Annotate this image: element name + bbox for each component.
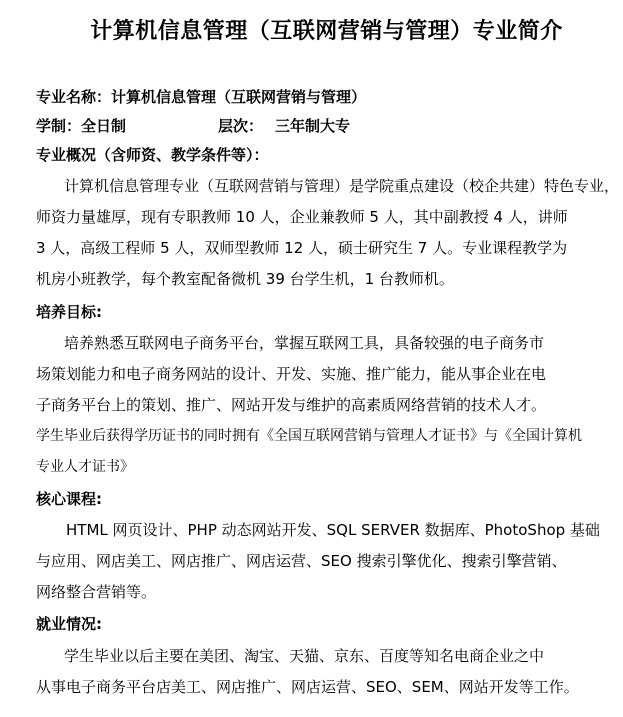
overview-line: 3 人，高级工程师 5 人，双师型教师 12 人，硕士研究生 7 人。专业课程教… (36, 233, 596, 264)
goal-line: 学生毕业后获得学历证书的同时拥有《全国互联网营销与管理人才证书》与《全国计算机 (36, 421, 596, 452)
major-name-line: 专业名称：计算机信息管理（互联网营销与管理） (36, 86, 366, 107)
goal-line: 专业人才证书》 (36, 452, 596, 483)
level-label: 层次： (218, 117, 263, 135)
level-line: 层次：三年制大专 (218, 115, 350, 136)
courses-line: 与应用、网店美工、网店推广、网店运营、SEO 搜索引擎优化、搜索引擎营销、 (36, 546, 596, 577)
goal-line: 培养熟悉互联网电子商务平台，掌握互联网工具，具备较强的电子商务市 (36, 328, 596, 359)
employment-heading: 就业情况: (36, 613, 102, 634)
employment-paragraph: 学生毕业以后主要在美团、淘宝、天猫、京东、百度等知名电商企业之中 从事电子商务平… (36, 641, 596, 703)
schooling-label: 学制： (36, 117, 81, 135)
courses-heading: 核心课程: (36, 488, 102, 509)
overview-heading: 专业概况（含师资、教学条件等）： (36, 144, 269, 165)
overview-line: 机房小班教学，每个教室配备微机 39 台学生机，1 台教师机。 (36, 264, 596, 295)
employment-line: 从事电子商务平台店美工、网店推广、网店运营、SEO、SEM、网站开发等工作。 (36, 672, 596, 703)
goal-paragraph: 培养熟悉互联网电子商务平台，掌握互联网工具，具备较强的电子商务市 场策划能力和电… (36, 328, 596, 483)
level-value: 三年制大专 (275, 117, 350, 135)
major-name-label: 专业名称： (36, 88, 111, 106)
courses-line: 网络整合营销等。 (36, 577, 596, 608)
goal-line: 子商务平台上的策划、推广、网站开发与维护的高素质网络营销的技术人才。 (36, 390, 596, 421)
overview-line: 计算机信息管理专业（互联网营销与管理）是学院重点建设（校企共建）特色专业， (36, 171, 596, 202)
courses-paragraph: HTML 网页设计、PHP 动态网站开发、SQL SERVER 数据库、Phot… (36, 515, 596, 608)
major-name-value: 计算机信息管理（互联网营销与管理） (111, 88, 366, 106)
overview-line: 师资力量雄厚，现有专职教师 10 人，企业兼教师 5 人，其中副教授 4 人，讲… (36, 202, 596, 233)
courses-line: HTML 网页设计、PHP 动态网站开发、SQL SERVER 数据库、Phot… (36, 515, 596, 546)
goal-heading: 培养目标: (36, 301, 102, 322)
overview-paragraph: 计算机信息管理专业（互联网营销与管理）是学院重点建设（校企共建）特色专业， 师资… (36, 171, 596, 295)
goal-line: 场策划能力和电子商务网站的设计、开发、实施、推广能力，能从事企业在电 (36, 359, 596, 390)
employment-line: 学生毕业以后主要在美团、淘宝、天猫、京东、百度等知名电商企业之中 (36, 641, 596, 672)
page-title: 计算机信息管理（互联网营销与管理）专业简介 (0, 14, 623, 45)
schooling-value: 全日制 (81, 117, 126, 135)
schooling-line: 学制：全日制 (36, 115, 126, 136)
